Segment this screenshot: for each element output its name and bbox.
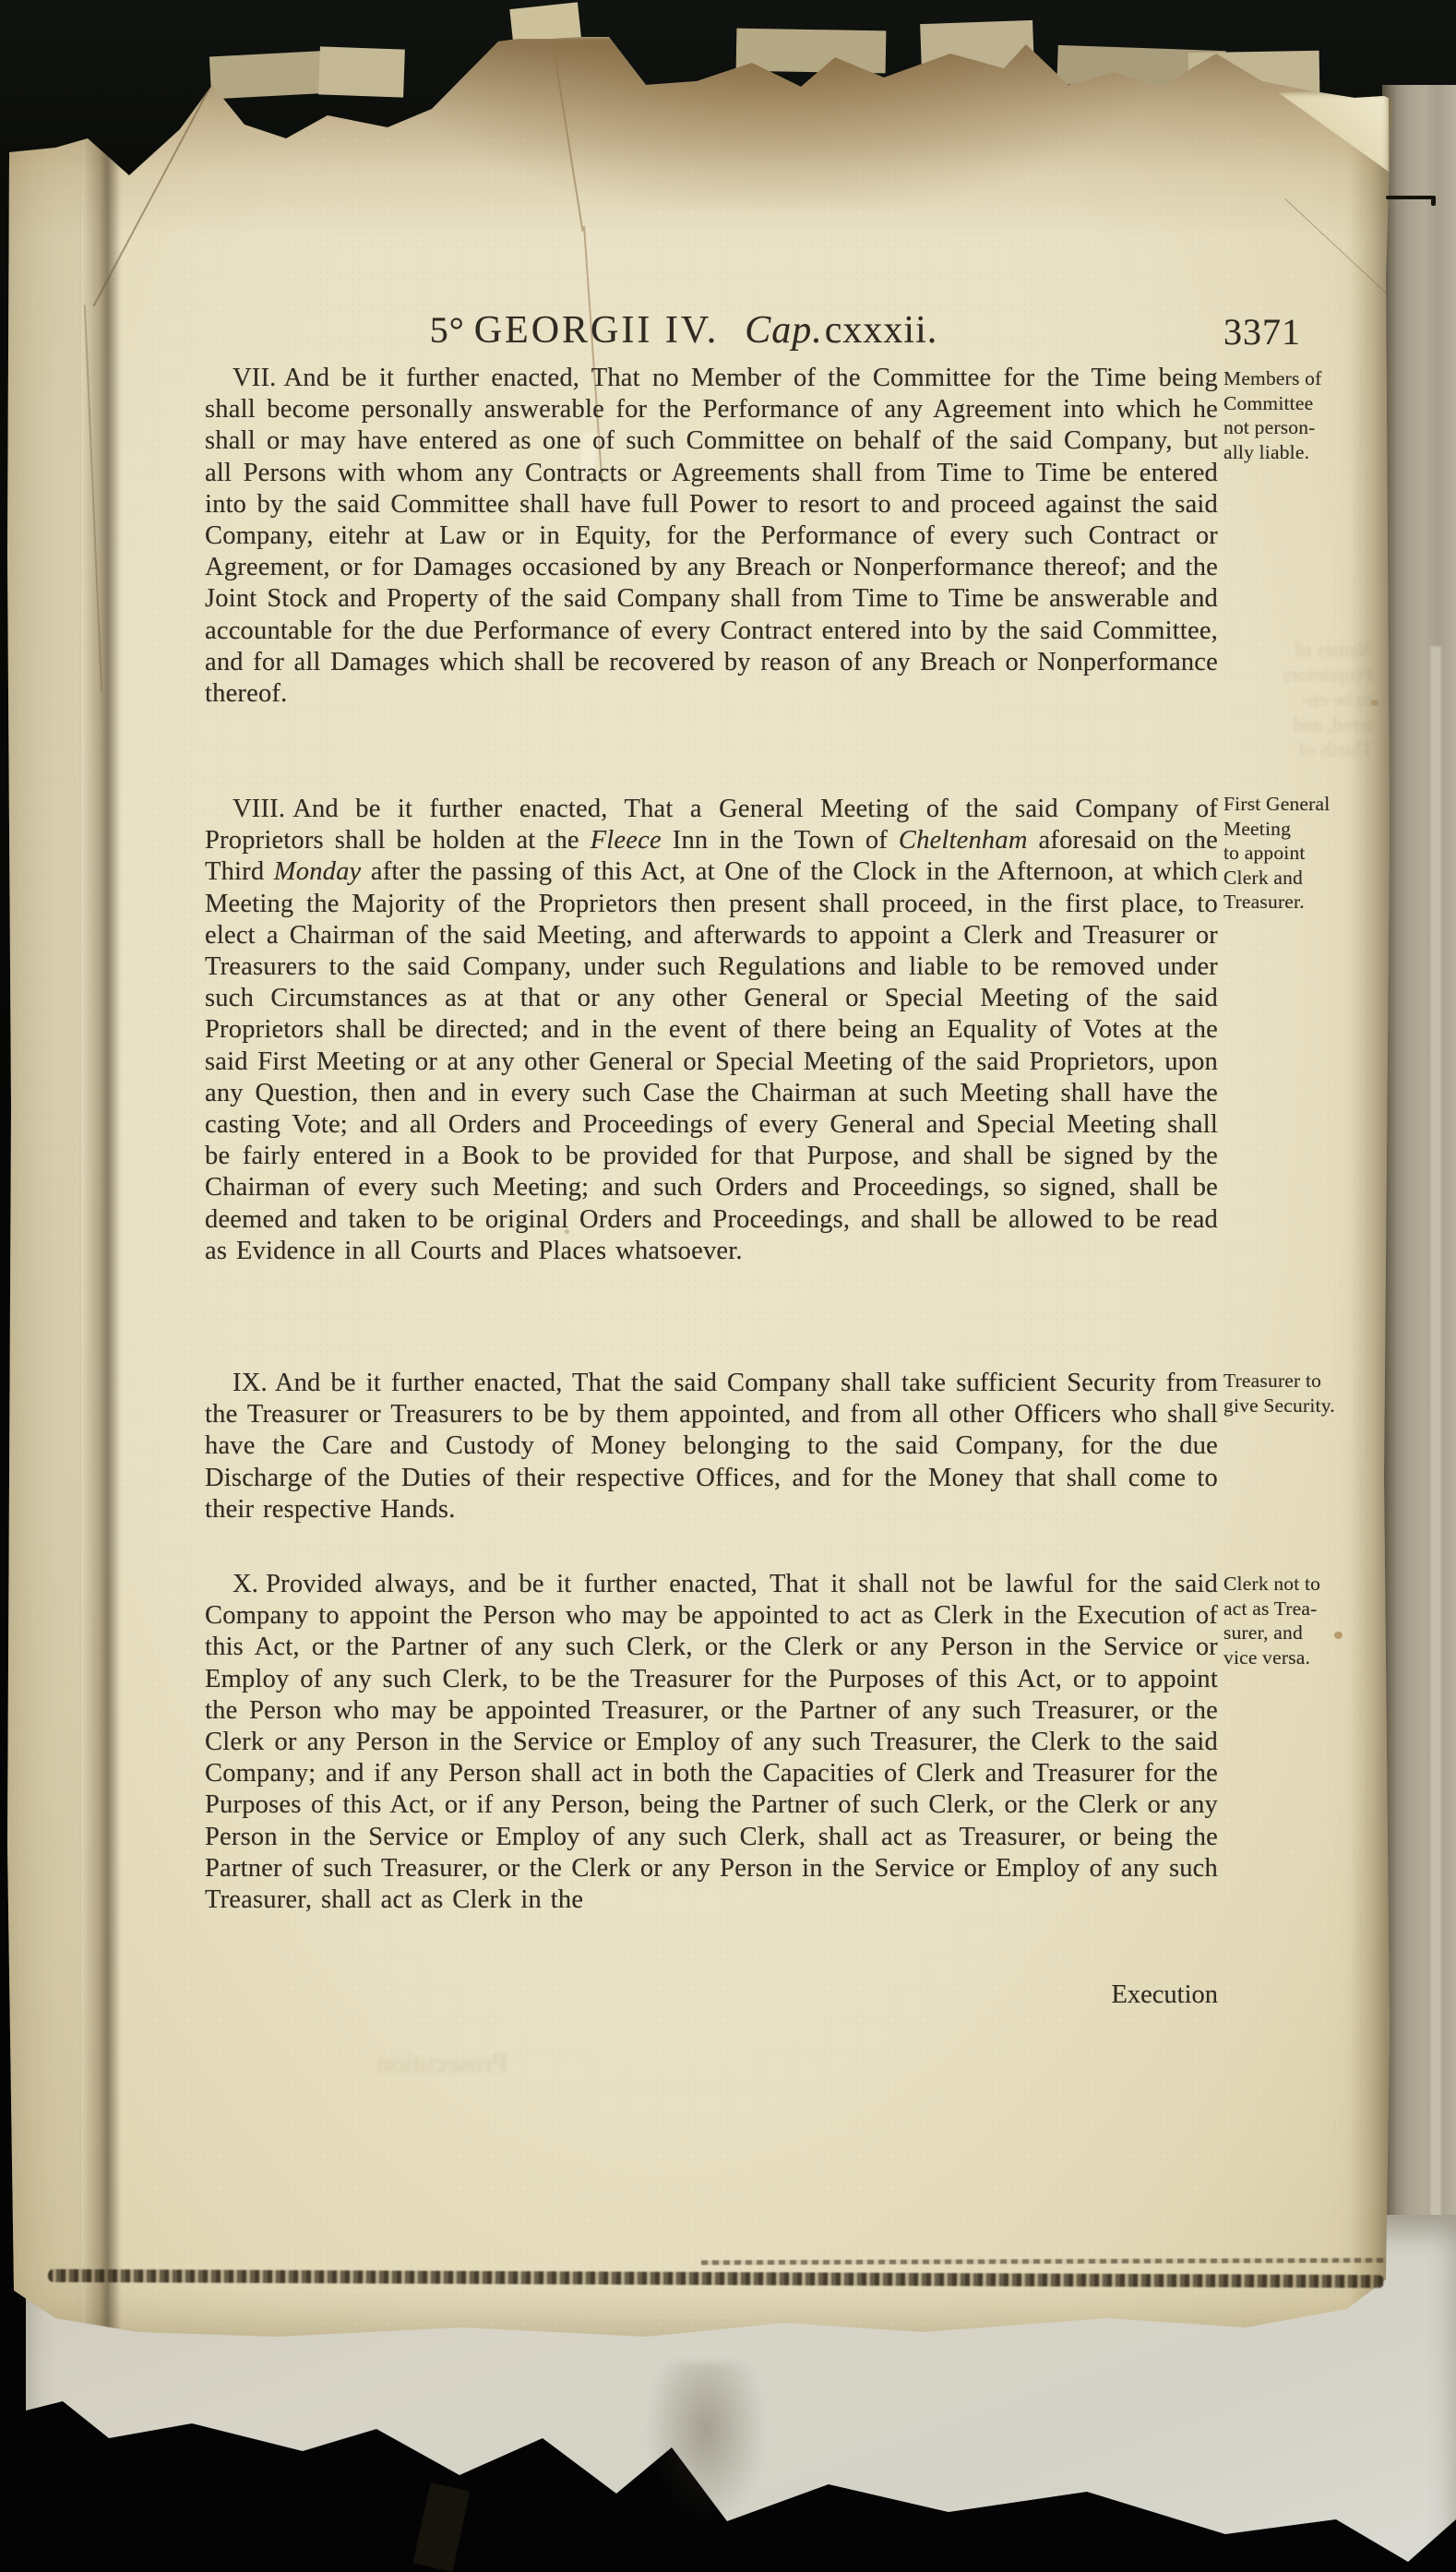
body-text: after the passing of this Act, at One of… — [205, 857, 1218, 1264]
body-text: Provided always, and be it further enact… — [205, 1570, 1218, 1914]
body-text: And be it further enacted, That the said… — [205, 1369, 1218, 1524]
margin-note-ix: Treasurer togive Security. — [1223, 1369, 1380, 1418]
chapter-label: Cap. — [745, 309, 823, 352]
section-number: X. — [233, 1570, 258, 1598]
show-through-margin: Names ofProprietorsto be en-tered, andTh… — [1225, 637, 1373, 761]
margin-note-vii: Members ofCommitteenot person-ally liabl… — [1223, 366, 1380, 464]
ink-mark — [1386, 196, 1436, 199]
page-number: 3371 — [1190, 310, 1301, 353]
catchword: Execution — [205, 1980, 1218, 2010]
italic-text: Monday — [274, 857, 362, 886]
section-paragraph-viii: VIII.And be it further enacted, That a G… — [205, 794, 1218, 1267]
running-header: 5°GEORGII IV.Cap.cxxxii. — [177, 308, 1190, 353]
section-number: IX. — [233, 1369, 268, 1397]
scanned-book-photo: 5°GEORGII IV.Cap.cxxxii. 3371 VII.And be… — [0, 0, 1456, 2572]
regnal-number: 5° — [430, 309, 465, 351]
page-stack-highlight — [1430, 646, 1441, 2482]
show-through-bottom: Prosecution — [231, 2051, 507, 2076]
chapter-number: cxxxii. — [825, 309, 937, 352]
torn-flap — [318, 46, 405, 97]
italic-text: Cheltenham — [899, 826, 1028, 855]
page-stack-edge — [1382, 85, 1456, 2484]
margin-note-viii: First GeneralMeetingto appointClerk andT… — [1223, 792, 1380, 915]
body-text: Inn in the Town of — [662, 826, 899, 855]
left-crease — [78, 88, 121, 2349]
italic-text: Fleece — [591, 826, 662, 855]
section-number: VIII. — [233, 795, 285, 823]
backing-tear-shadow — [404, 2482, 492, 2572]
backing-smudge — [646, 2363, 766, 2529]
left-edge-shade — [7, 92, 81, 2349]
body-text: And be it further enacted, That no Membe… — [205, 364, 1218, 708]
section-paragraph-x: X.Provided always, and be it further ena… — [205, 1569, 1218, 1916]
section-number: VII. — [233, 364, 277, 392]
margin-note-x: Clerk not toact as Trea-surer, andvice v… — [1223, 1572, 1380, 1669]
section-paragraph-vii: VII.And be it further enacted, That no M… — [205, 363, 1218, 710]
monarch-name: GEORGII IV. — [474, 309, 720, 352]
section-paragraph-ix: IX.And be it further enacted, That the s… — [205, 1368, 1218, 1525]
torn-flap — [209, 51, 333, 100]
